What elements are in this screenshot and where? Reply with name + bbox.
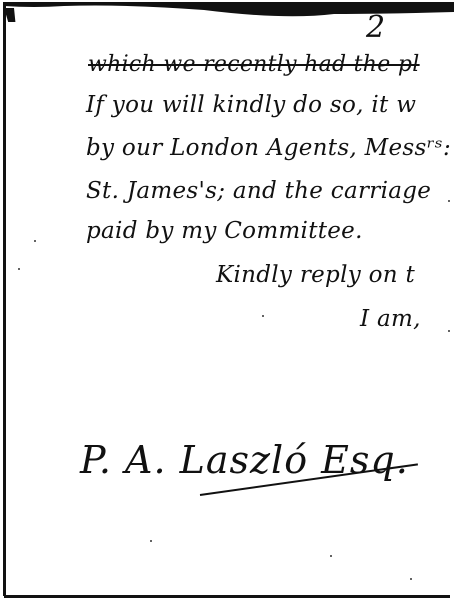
scan-speck	[330, 555, 332, 557]
page-left-edge	[3, 2, 6, 596]
text-line: Kindly reply on t	[216, 262, 415, 288]
scan-speck	[150, 540, 152, 542]
scan-speck	[34, 240, 36, 242]
scan-speck	[448, 200, 450, 202]
scan-speck	[262, 315, 264, 317]
torn-top-edge	[4, 0, 454, 22]
text-line: by our London Agents, Messʳˢ:	[86, 135, 451, 161]
scan-speck	[18, 268, 20, 270]
addressee-name: P. A. Laszló Esq.	[80, 438, 409, 482]
scan-speck	[410, 578, 412, 580]
page-bottom-edge	[4, 595, 450, 598]
text-line: St. James's; and the carriage	[86, 178, 431, 204]
struck-text-line: which we recently had the pl	[88, 52, 420, 77]
page-number: 2	[366, 10, 385, 45]
closing-line: I am,	[360, 306, 421, 332]
text-line: paid by my Committee.	[86, 218, 363, 244]
scan-speck	[448, 330, 450, 332]
text-line: If you will kindly do so, it w	[86, 92, 416, 118]
letter-page: 2 which we recently had the pl If you wi…	[0, 0, 454, 600]
